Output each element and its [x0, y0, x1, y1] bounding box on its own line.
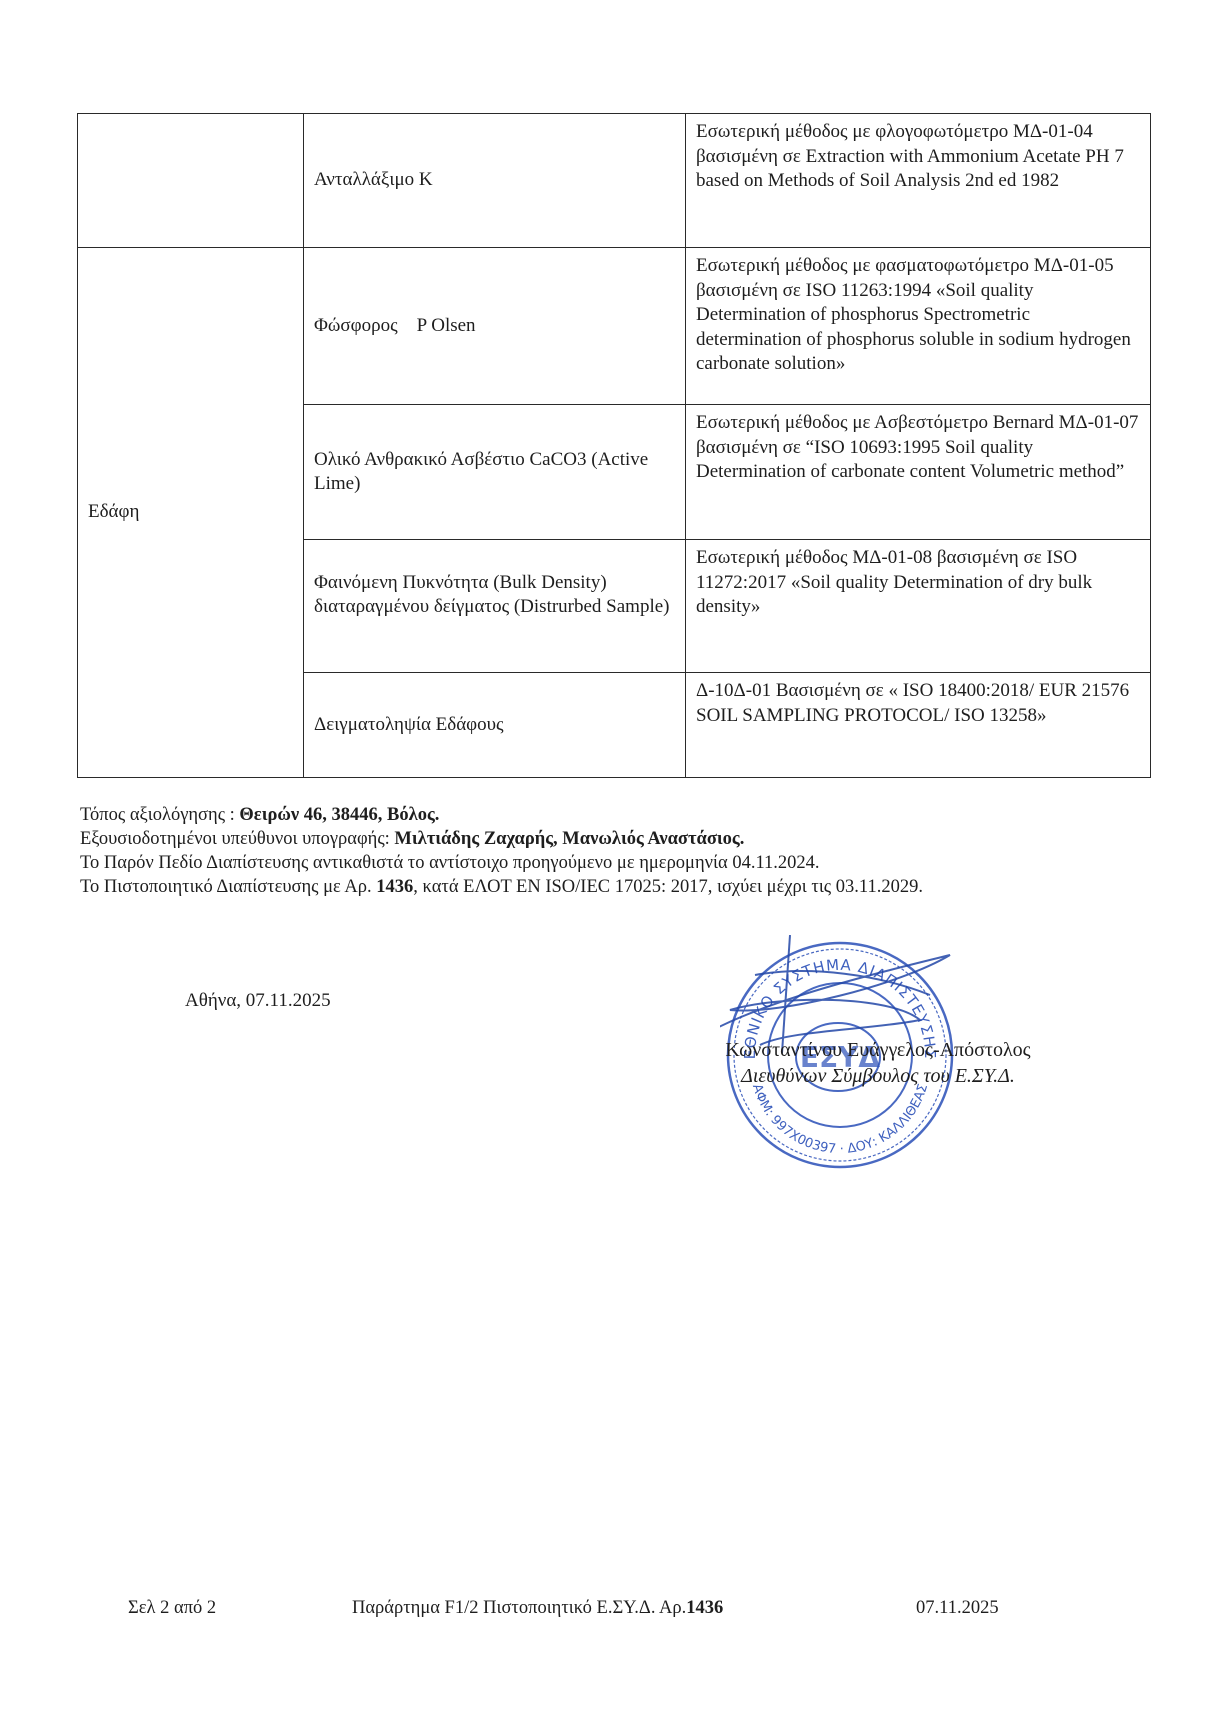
authorized-signatories: Εξουσιοδοτημένοι υπεύθυνοι υπογραφής: Μι… [80, 827, 1180, 851]
assessment-location: Τόπος αξιολόγησης : Θειρών 46, 38446, Βό… [80, 803, 1180, 827]
parameter-cell: Ολικό Ανθρακικό Ασβέστιο CaCO3 (Active L… [304, 405, 686, 540]
annex-reference: Παράρτημα F1/2 Πιστοποιητικό Ε.ΣΥ.Δ. Αρ.… [352, 1598, 723, 1619]
page-number: Σελ 2 από 2 [128, 1598, 216, 1619]
table-row: Ανταλλάξιμο K Εσωτερική μέθοδος με φλογο… [78, 114, 1151, 248]
parameter-cell: Ανταλλάξιμο K [304, 114, 686, 248]
replaces-note: Το Παρόν Πεδίο Διαπίστευσης αντικαθιστά … [80, 851, 1180, 875]
parameter-cell: Δειγματοληψία Εδάφους [304, 673, 686, 778]
accreditation-notes: Τόπος αξιολόγησης : Θειρών 46, 38446, Βό… [80, 803, 1180, 899]
table-row: Εδάφη Φώσφορος P Olsen Εσωτερική μέθοδος… [78, 248, 1151, 405]
accreditation-scope-table: Ανταλλάξιμο K Εσωτερική μέθοδος με φλογο… [77, 113, 1151, 778]
signatories-value: Μιλτιάδης Ζαχαρής, Μανωλιός Αναστάσιος. [394, 829, 744, 849]
method-cell: Εσωτερική μέθοδος με φασματοφωτόμετρο ΜΔ… [686, 248, 1151, 405]
method-cell: Εσωτερική μέθοδος με Ασβεστόμετρο Bernar… [686, 405, 1151, 540]
method-cell: Εσωτερική μέθοδος ΜΔ-01-08 βασισμένη σε … [686, 540, 1151, 673]
footer-date: 07.11.2025 [916, 1598, 999, 1619]
parameter-cell: Φαινόμενη Πυκνότητα (Bulk Density) διατα… [304, 540, 686, 673]
category-cell [78, 114, 304, 248]
certificate-number: 1436 [376, 877, 413, 897]
location-value: Θειρών 46, 38446, Βόλος. [239, 805, 439, 825]
category-cell-merged: Εδάφη [78, 248, 304, 778]
method-cell: Δ-10Δ-01 Βασισμένη σε « ISO 18400:2018/ … [686, 673, 1151, 778]
signatory-block: Κωνσταντίνου Ευάγγελος-Απόστολος Διευθύν… [678, 1037, 1078, 1089]
place-date: Αθήνα, 07.11.2025 [185, 990, 331, 1012]
signatory-role: Διευθύνων Σύμβουλος του Ε.ΣΥ.Δ. [678, 1063, 1078, 1089]
signatory-name: Κωνσταντίνου Ευάγγελος-Απόστολος [678, 1037, 1078, 1063]
method-cell: Εσωτερική μέθοδος με φλογοφωτόμετρο ΜΔ-0… [686, 114, 1151, 248]
certificate-validity: Το Πιστοποιητικό Διαπίστευσης με Αρ. 143… [80, 875, 1180, 899]
annex-certificate-number: 1436 [686, 1598, 723, 1618]
parameter-cell: Φώσφορος P Olsen [304, 248, 686, 405]
